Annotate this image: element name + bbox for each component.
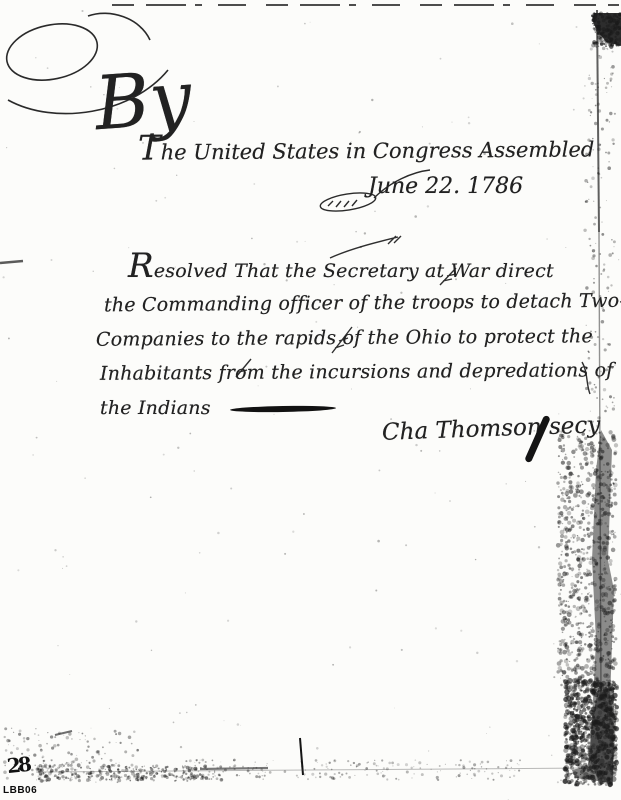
bottom-horizontal-crease [36, 768, 588, 772]
ink-dash-stroke [230, 405, 336, 413]
bottom-vertical-crease [300, 738, 303, 775]
archive-label: LBB06 [3, 785, 37, 796]
right-edge-wedge [590, 430, 616, 785]
body-line-4: Inhabitants from the incursions and depr… [100, 359, 614, 385]
body-line-2: the Commanding officer of the troops to … [104, 290, 621, 317]
top-right-corner-blotch [592, 13, 621, 46]
small-stray-mark [55, 731, 72, 735]
bottom-right-blotch [572, 688, 614, 783]
bottom-crease-dark-segment [200, 768, 268, 769]
scanned-document-page: By The United States in Congress Assembl… [0, 0, 621, 800]
body-line-5: the Indians [100, 397, 211, 419]
document-title: The United States in Congress Assembled [138, 125, 595, 168]
left-edge-dash [0, 261, 23, 263]
secretary-signature: Cha Thomson secy [382, 412, 601, 446]
handwritten-page-number: 28 [6, 752, 30, 778]
body-line-resolved: Resolved That the Secretary at War direc… [128, 246, 554, 286]
body-line-3: Companies to the rapids of the Ohio to p… [96, 325, 593, 350]
document-date: June 22. 1786 [368, 174, 523, 199]
right-edge-line-upper [597, 10, 599, 232]
